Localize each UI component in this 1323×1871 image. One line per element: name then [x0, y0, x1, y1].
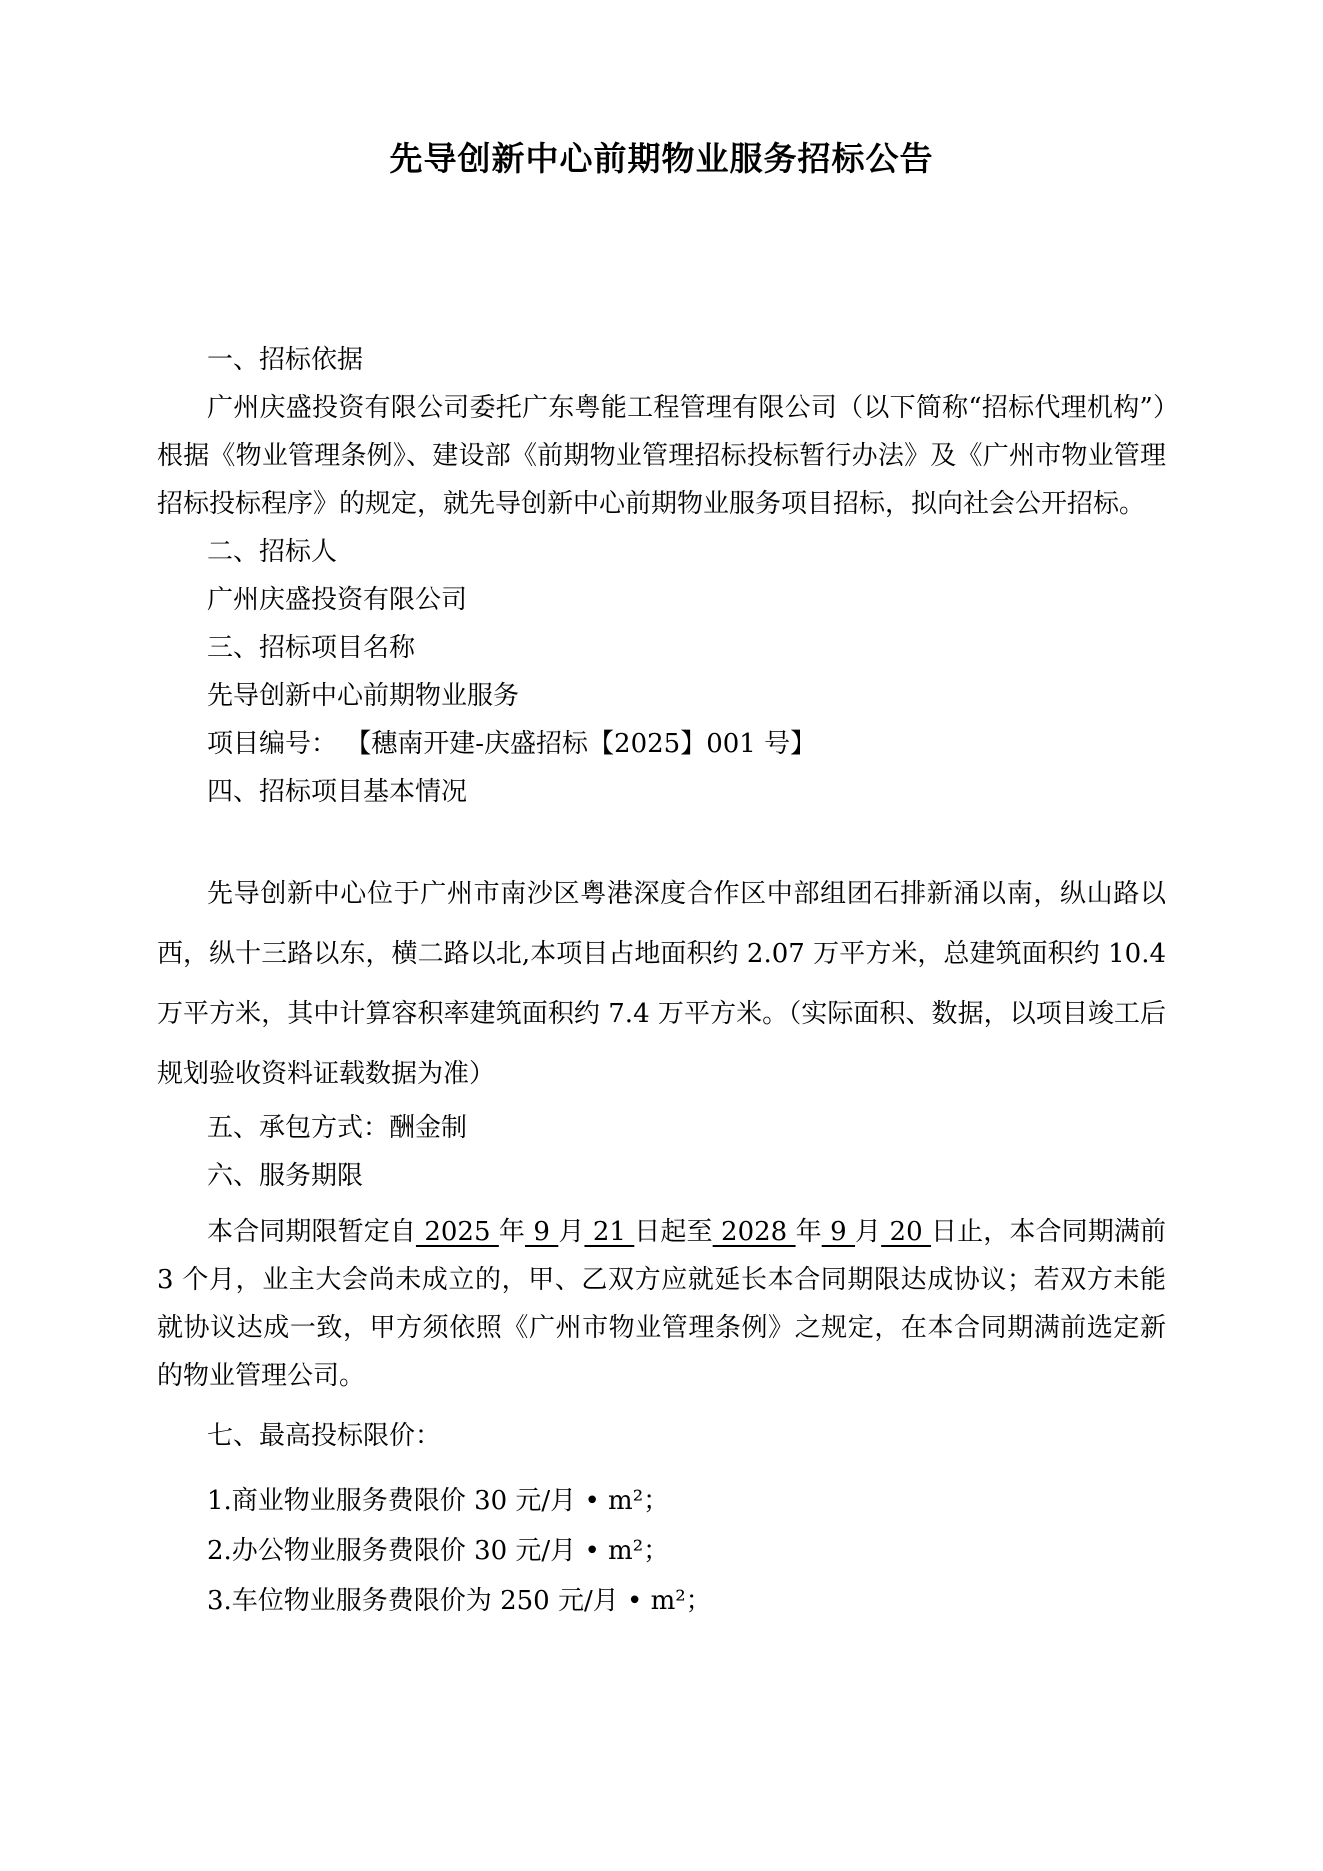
section-heading-max-bid-price: 七、最高投标限价： [157, 1412, 1166, 1460]
paragraph-project-number: 项目编号： 【穗南开建-庆盛招标【2025】001 号】 [157, 720, 1166, 768]
section-heading-tenderee: 二、招标人 [157, 528, 1166, 576]
document-title: 先导创新中心前期物业服务招标公告 [157, 138, 1166, 180]
section-heading-tender-basis: 一、招标依据 [157, 336, 1166, 384]
price-item-commercial: 1.商业物业服务费限价 30 元/月 • m²； [157, 1476, 1166, 1526]
price-item-office: 2.办公物业服务费限价 30 元/月 • m²； [157, 1526, 1166, 1576]
underlined-date-value: 9 [822, 1217, 855, 1247]
paragraph-service-period: 本合同期限暂定自 2025 年 9 月 21 日起至 2028 年 9 月 20… [157, 1208, 1166, 1400]
underlined-date-value: 20 [881, 1217, 931, 1247]
section-heading-contract-method: 五、承包方式：酬金制 [157, 1104, 1166, 1152]
paragraph-tenderee-name: 广州庆盛投资有限公司 [157, 576, 1166, 624]
paragraph-tender-basis: 广州庆盛投资有限公司委托广东粤能工程管理有限公司（以下简称“招标代理机构”）根据… [157, 384, 1166, 528]
underlined-date-value: 2028 [713, 1217, 796, 1247]
document-body: 一、招标依据 广州庆盛投资有限公司委托广东粤能工程管理有限公司（以下简称“招标代… [157, 336, 1166, 1626]
underlined-date-value: 21 [584, 1217, 634, 1247]
text-segment: 年 [796, 1217, 822, 1247]
underlined-date-value: 2025 [416, 1217, 499, 1247]
text-segment: 本合同期限暂定自 [207, 1217, 416, 1247]
text-segment: 月 [855, 1217, 881, 1247]
text-segment: 日起至 [634, 1217, 712, 1247]
section-heading-project-overview: 四、招标项目基本情况 [157, 768, 1166, 816]
text-segment: 年 [499, 1217, 525, 1247]
document-page: 先导创新中心前期物业服务招标公告 一、招标依据 广州庆盛投资有限公司委托广东粤能… [0, 0, 1323, 1871]
paragraph-project-overview: 先导创新中心位于广州市南沙区粤港深度合作区中部组团石排新涌以南，纵山路以西，纵十… [157, 864, 1166, 1104]
section-heading-service-period: 六、服务期限 [157, 1152, 1166, 1200]
paragraph-project-name: 先导创新中心前期物业服务 [157, 672, 1166, 720]
price-limit-list: 1.商业物业服务费限价 30 元/月 • m²； 2.办公物业服务费限价 30 … [157, 1476, 1166, 1626]
price-item-parking: 3.车位物业服务费限价为 250 元/月 • m²； [157, 1576, 1166, 1626]
section-heading-project-name: 三、招标项目名称 [157, 624, 1166, 672]
text-segment: 月 [558, 1217, 584, 1247]
underlined-date-value: 9 [525, 1217, 558, 1247]
